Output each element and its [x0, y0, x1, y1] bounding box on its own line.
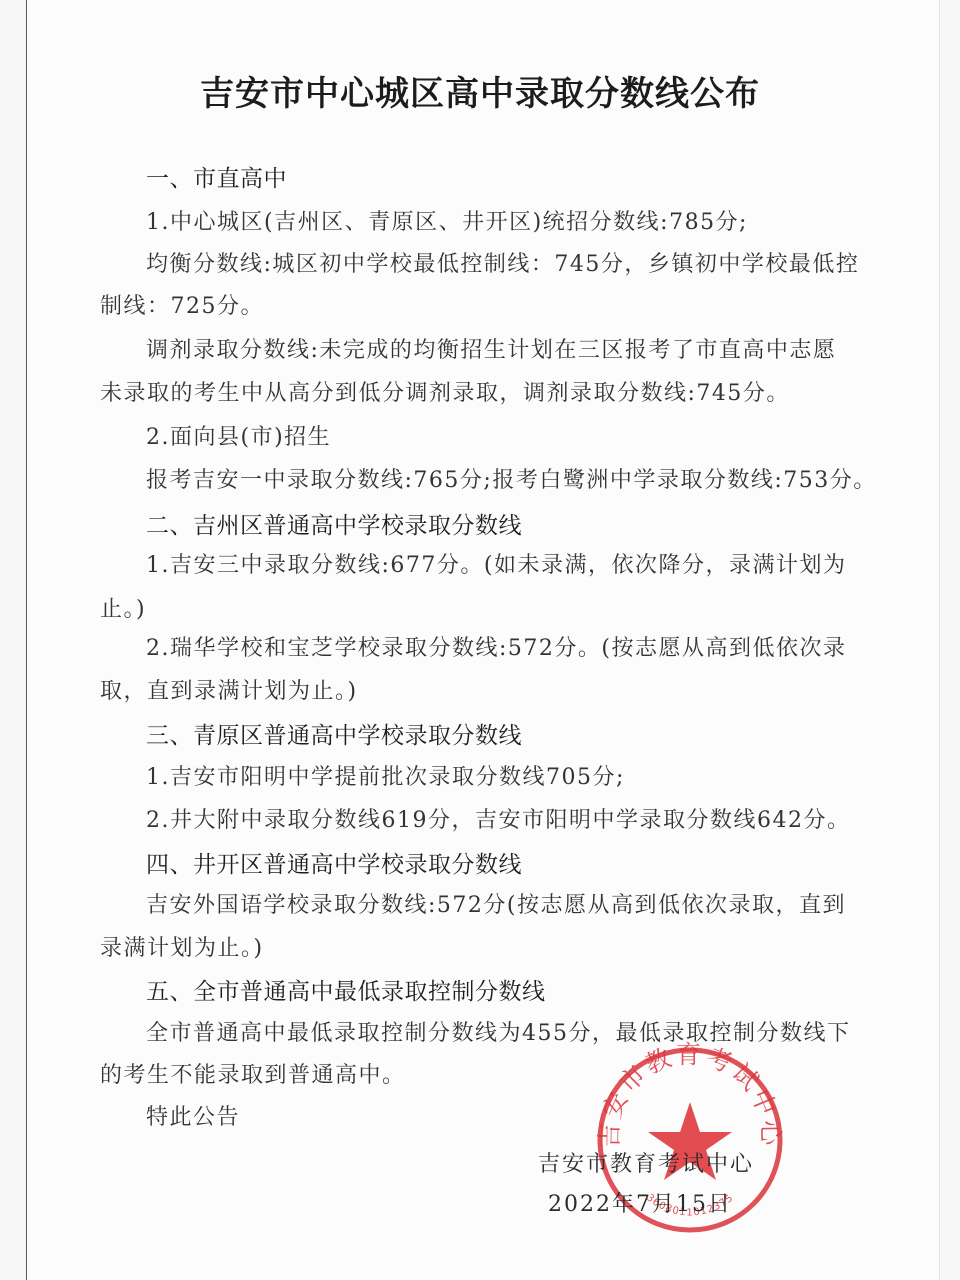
section-3-line-2: 2.井大附中录取分数线619分，吉安市阳明中学录取分数线642分。	[146, 803, 850, 834]
section-1-line-6: 2.面向县(市)招生	[146, 420, 331, 451]
section-2-line-1: 1.吉安三中录取分数线:677分。(如未录满，依次降分，录满计划为	[146, 548, 846, 579]
section-2-line-4: 取，直到录满计划为止。)	[100, 674, 358, 705]
section-heading-5: 五、全市普通高中最低录取控制分数线	[146, 973, 546, 1006]
section-1-line-2: 均衡分数线:城区初中学校最低控制线：745分，乡镇初中学校最低控	[146, 247, 859, 278]
section-4-line-1: 吉安外国语学校录取分数线:572分(按志愿从高到低依次录取，直到	[146, 888, 846, 919]
section-4-line-2: 录满计划为止。)	[100, 931, 264, 962]
section-2-line-2: 止。)	[100, 592, 146, 623]
section-1-line-4: 调剂录取分数线:未完成的均衡招生计划在三区报考了市直高中志愿	[146, 333, 836, 364]
section-1-line-7: 报考吉安一中录取分数线:765分;报考白鹭洲中学录取分数线:753分。	[146, 463, 877, 494]
signature-organization: 吉安市教育考试中心	[538, 1147, 754, 1178]
section-1-line-1: 1.中心城区(吉州区、青原区、井开区)统招分数线:785分;	[146, 205, 748, 236]
section-1-line-5: 未录取的考生中从高分到低分调剂录取，调剂录取分数线:745分。	[100, 376, 790, 407]
section-heading-3: 三、青原区普通高中学校录取分数线	[146, 717, 522, 750]
section-1-line-3: 制线：725分。	[100, 289, 264, 320]
section-5-line-2: 的考生不能录取到普通高中。	[100, 1058, 406, 1089]
section-2-line-3: 2.瑞华学校和宝芝学校录取分数线:572分。(按志愿从高到低依次录	[146, 631, 846, 662]
section-3-line-1: 1.吉安市阳明中学提前批次录取分数线705分;	[146, 760, 625, 791]
signature-date: 2022年7月15日	[548, 1187, 732, 1218]
section-heading-4: 四、井开区普通高中学校录取分数线	[146, 846, 522, 879]
section-heading-2: 二、吉州区普通高中学校录取分数线	[146, 507, 522, 540]
section-heading-1: 一、市直高中	[146, 160, 287, 193]
document-title: 吉安市中心城区高中录取分数线公布	[0, 66, 960, 115]
closing-text: 特此公告	[146, 1100, 240, 1131]
